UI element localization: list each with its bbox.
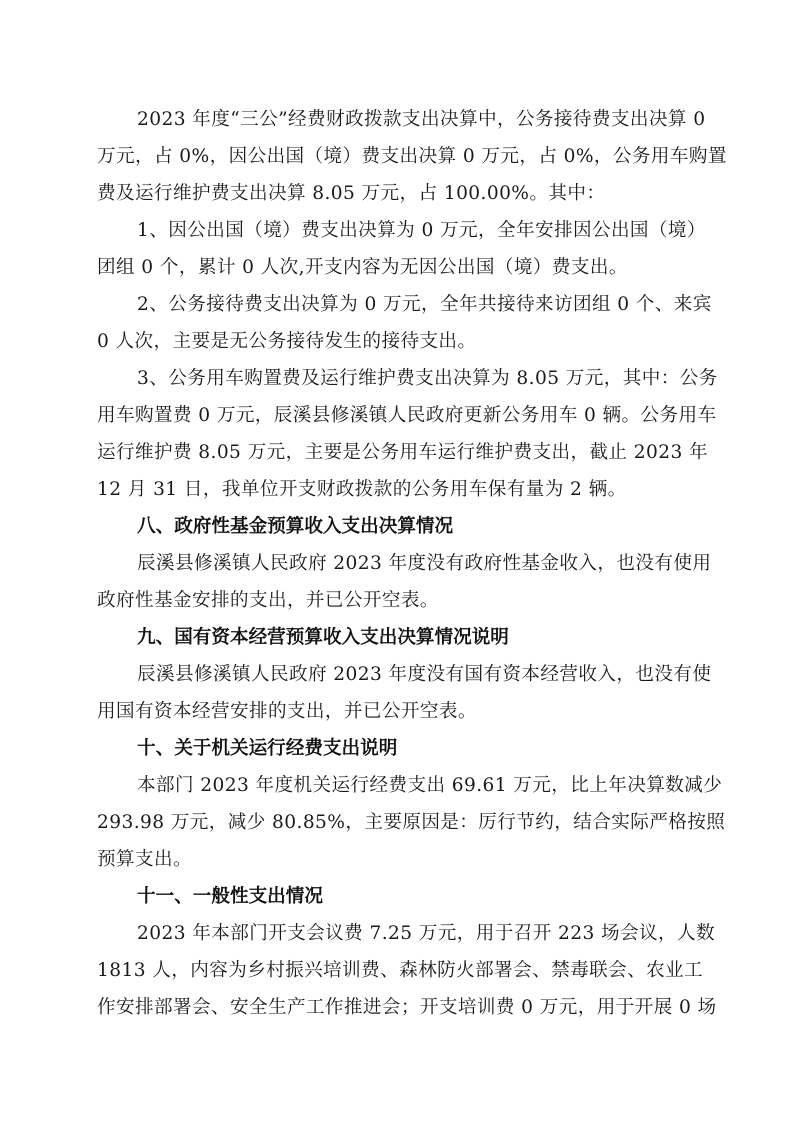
section-heading: 十一、一般性支出情况 (97, 878, 701, 915)
section-government-fund: 八、政府性基金预算收入支出决算情况 辰溪县修溪镇人民政府 2023 年度没有政府… (97, 508, 701, 619)
section-state-capital: 九、国有资本经营预算收入支出决算情况说明 辰溪县修溪镇人民政府 2023 年度没… (97, 619, 701, 730)
text-line: 辰溪县修溪镇人民政府 2023 年度没有政府性基金收入，也没有使用 (97, 545, 701, 582)
text-line: 辰溪县修溪镇人民政府 2023 年度没有国有资本经营收入，也没有使 (97, 656, 701, 693)
text-line: 12 月 31 日，我单位开支财政拨款的公务用车保有量为 2 辆。 (97, 471, 701, 508)
text-line: 运行维护费 8.05 万元，主要是公务用车运行维护费支出，截止 2023 年 (97, 434, 701, 471)
section-heading: 十、关于机关运行经费支出说明 (97, 730, 701, 767)
section-general-expenses: 十一、一般性支出情况 2023 年本部门开支会议费 7.25 万元，用于召开 2… (97, 878, 701, 1026)
text-line: 团组 0 个，累计 0 人次,开支内容为无因公出国（境）费支出。 (97, 249, 701, 286)
text-line: 用国有资本经营安排的支出，并已公开空表。 (97, 693, 701, 730)
text-line: 293.98 万元，减少 80.85%，主要原因是：厉行节约，结合实际严格按照 (97, 804, 701, 841)
text-line: 政府性基金安排的支出，并已公开空表。 (97, 582, 701, 619)
document-page: 2023 年度“三公”经费财政拨款支出决算中，公务接待费支出决算 0 万元，占 … (97, 101, 701, 1026)
text-line: 1、因公出国（境）费支出决算为 0 万元，全年安排因公出国（境） (97, 212, 701, 249)
text-line: 1813 人，内容为乡村振兴培训费、森林防火部署会、禁毒联会、农业工 (97, 952, 701, 989)
paragraph-reception: 2、公务接待费支出决算为 0 万元，全年共接待来访团组 0 个、来宾 0 人次，… (97, 286, 701, 360)
section-heading: 九、国有资本经营预算收入支出决算情况说明 (97, 619, 701, 656)
text-line: 预算支出。 (97, 841, 701, 878)
text-line: 本部门 2023 年度机关运行经费支出 69.61 万元，比上年决算数减少 (97, 767, 701, 804)
text-line: 万元，占 0%，因公出国（境）费支出决算 0 万元，占 0%，公务用车购置 (97, 138, 701, 175)
text-line: 2、公务接待费支出决算为 0 万元，全年共接待来访团组 0 个、来宾 (97, 286, 701, 323)
text-line: 作安排部署会、安全生产工作推进会；开支培训费 0 万元，用于开展 0 场 (97, 989, 701, 1026)
paragraph-overseas-travel: 1、因公出国（境）费支出决算为 0 万元，全年安排因公出国（境） 团组 0 个，… (97, 212, 701, 286)
text-line: 3、公务用车购置费及运行维护费支出决算为 8.05 万元，其中：公务 (97, 360, 701, 397)
text-line: 2023 年度“三公”经费财政拨款支出决算中，公务接待费支出决算 0 (97, 101, 701, 138)
paragraph-three-public-summary: 2023 年度“三公”经费财政拨款支出决算中，公务接待费支出决算 0 万元，占 … (97, 101, 701, 212)
text-line: 2023 年本部门开支会议费 7.25 万元，用于召开 223 场会议，人数 (97, 915, 701, 952)
text-line: 用车购置费 0 万元，辰溪县修溪镇人民政府更新公务用车 0 辆。公务用车 (97, 397, 701, 434)
text-line: 费及运行维护费支出决算 8.05 万元，占 100.00%。其中： (97, 175, 701, 212)
text-line: 0 人次，主要是无公务接待发生的接待支出。 (97, 323, 701, 360)
paragraph-vehicles: 3、公务用车购置费及运行维护费支出决算为 8.05 万元，其中：公务 用车购置费… (97, 360, 701, 508)
section-heading: 八、政府性基金预算收入支出决算情况 (97, 508, 701, 545)
section-operating-expenses: 十、关于机关运行经费支出说明 本部门 2023 年度机关运行经费支出 69.61… (97, 730, 701, 878)
